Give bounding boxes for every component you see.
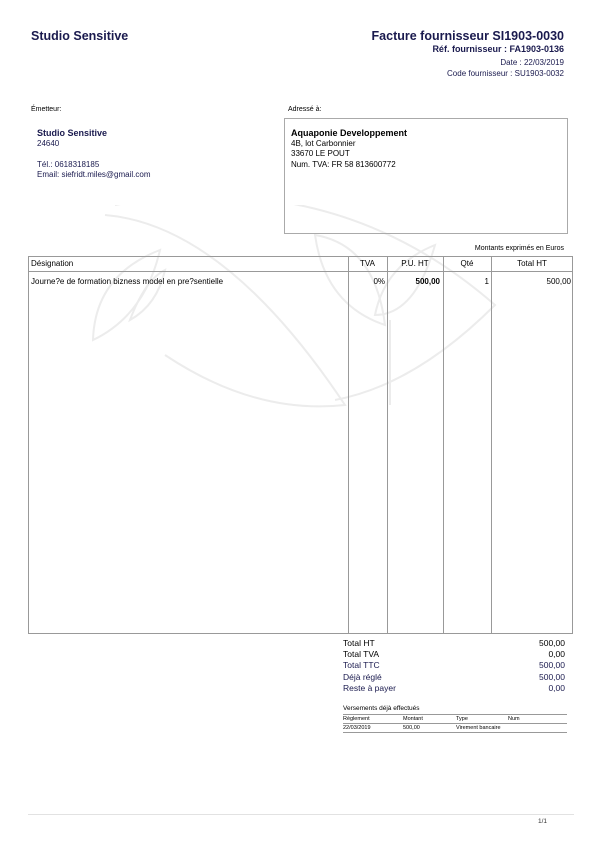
payment-row: 22/03/2019 500,00 Virement bancaire <box>343 724 567 732</box>
payments-header-amount: Montant <box>403 715 456 723</box>
total-tva-value: 0,00 <box>548 649 565 660</box>
row-tva: 0% <box>348 277 385 286</box>
document-date: Date : 22/03/2019 <box>500 58 564 67</box>
document-title: Facture fournisseur SI1903-0030 <box>372 29 564 43</box>
total-ht-row: Total HT500,00 <box>343 638 565 649</box>
payments-block: Versements déjà effectués Règlement Mont… <box>343 705 567 733</box>
total-ttc-row: Total TTC500,00 <box>343 660 565 671</box>
currency-note: Montants exprimés en Euros <box>475 245 564 252</box>
recipient-city: 33670 LE POUT <box>291 149 407 160</box>
remaining-row: Reste à payer0,00 <box>343 683 565 694</box>
payments-header-num: Num <box>508 715 558 723</box>
recipient-label: Adressé à: <box>288 106 321 113</box>
row-qty: 1 <box>443 277 489 286</box>
payments-table: Règlement Montant Type Num 22/03/2019 50… <box>343 714 567 733</box>
emitter-name: Studio Sensitive <box>37 128 150 139</box>
payments-title: Versements déjà effectués <box>343 705 567 712</box>
payment-num <box>508 724 558 732</box>
row-unit-price: 500,00 <box>387 277 440 286</box>
footer-divider <box>28 814 574 815</box>
supplier-code: Code fournisseur : SU1903-0032 <box>447 69 564 78</box>
total-ttc-label: Total TTC <box>343 660 380 671</box>
payment-amount: 500,00 <box>403 724 456 732</box>
company-name: Studio Sensitive <box>31 29 128 43</box>
payments-header-type: Type <box>456 715 508 723</box>
remaining-value: 0,00 <box>548 683 565 694</box>
payment-date: 22/03/2019 <box>343 724 403 732</box>
recipient-vat: Num. TVA: FR 58 813600772 <box>291 160 407 171</box>
already-paid-row: Déjà réglé500,00 <box>343 672 565 683</box>
emitter-phone: Tél.: 0618318185 <box>37 160 150 171</box>
header-total: Total HT <box>491 259 573 268</box>
row-designation: Journe?e de formation bizness model en p… <box>31 277 223 286</box>
payment-type: Virement bancaire <box>456 724 508 732</box>
recipient-block: Aquaponie Developpement 4B, lot Carbonni… <box>291 128 407 170</box>
header-tva: TVA <box>348 259 387 268</box>
emitter-postcode: 24640 <box>37 139 150 150</box>
header-qty: Qté <box>443 259 491 268</box>
already-paid-value: 500,00 <box>539 672 565 683</box>
totals-block: Total HT500,00 Total TVA0,00 Total TTC50… <box>343 638 565 694</box>
total-ht-label: Total HT <box>343 638 375 649</box>
total-ttc-value: 500,00 <box>539 660 565 671</box>
total-tva-label: Total TVA <box>343 649 379 660</box>
emitter-block: Studio Sensitive 24640 Tél.: 0618318185 … <box>37 128 150 181</box>
header-designation: Désignation <box>31 259 73 268</box>
remaining-label: Reste à payer <box>343 683 396 694</box>
recipient-address: 4B, lot Carbonnier <box>291 139 407 150</box>
already-paid-label: Déjà réglé <box>343 672 382 683</box>
items-table: Désignation TVA P.U. HT Qté Total HT Jou… <box>28 256 573 634</box>
payments-header-date: Règlement <box>343 715 403 723</box>
header-unit-price: P.U. HT <box>387 259 443 268</box>
total-ht-value: 500,00 <box>539 638 565 649</box>
emitter-email: Email: siefridt.miles@gmail.com <box>37 170 150 181</box>
page-number: 1/1 <box>538 818 547 825</box>
supplier-reference: Réf. fournisseur : FA1903-0136 <box>432 44 564 54</box>
emitter-label: Émetteur: <box>31 106 61 113</box>
row-total: 500,00 <box>491 277 571 286</box>
total-tva-row: Total TVA0,00 <box>343 649 565 660</box>
recipient-name: Aquaponie Developpement <box>291 128 407 139</box>
